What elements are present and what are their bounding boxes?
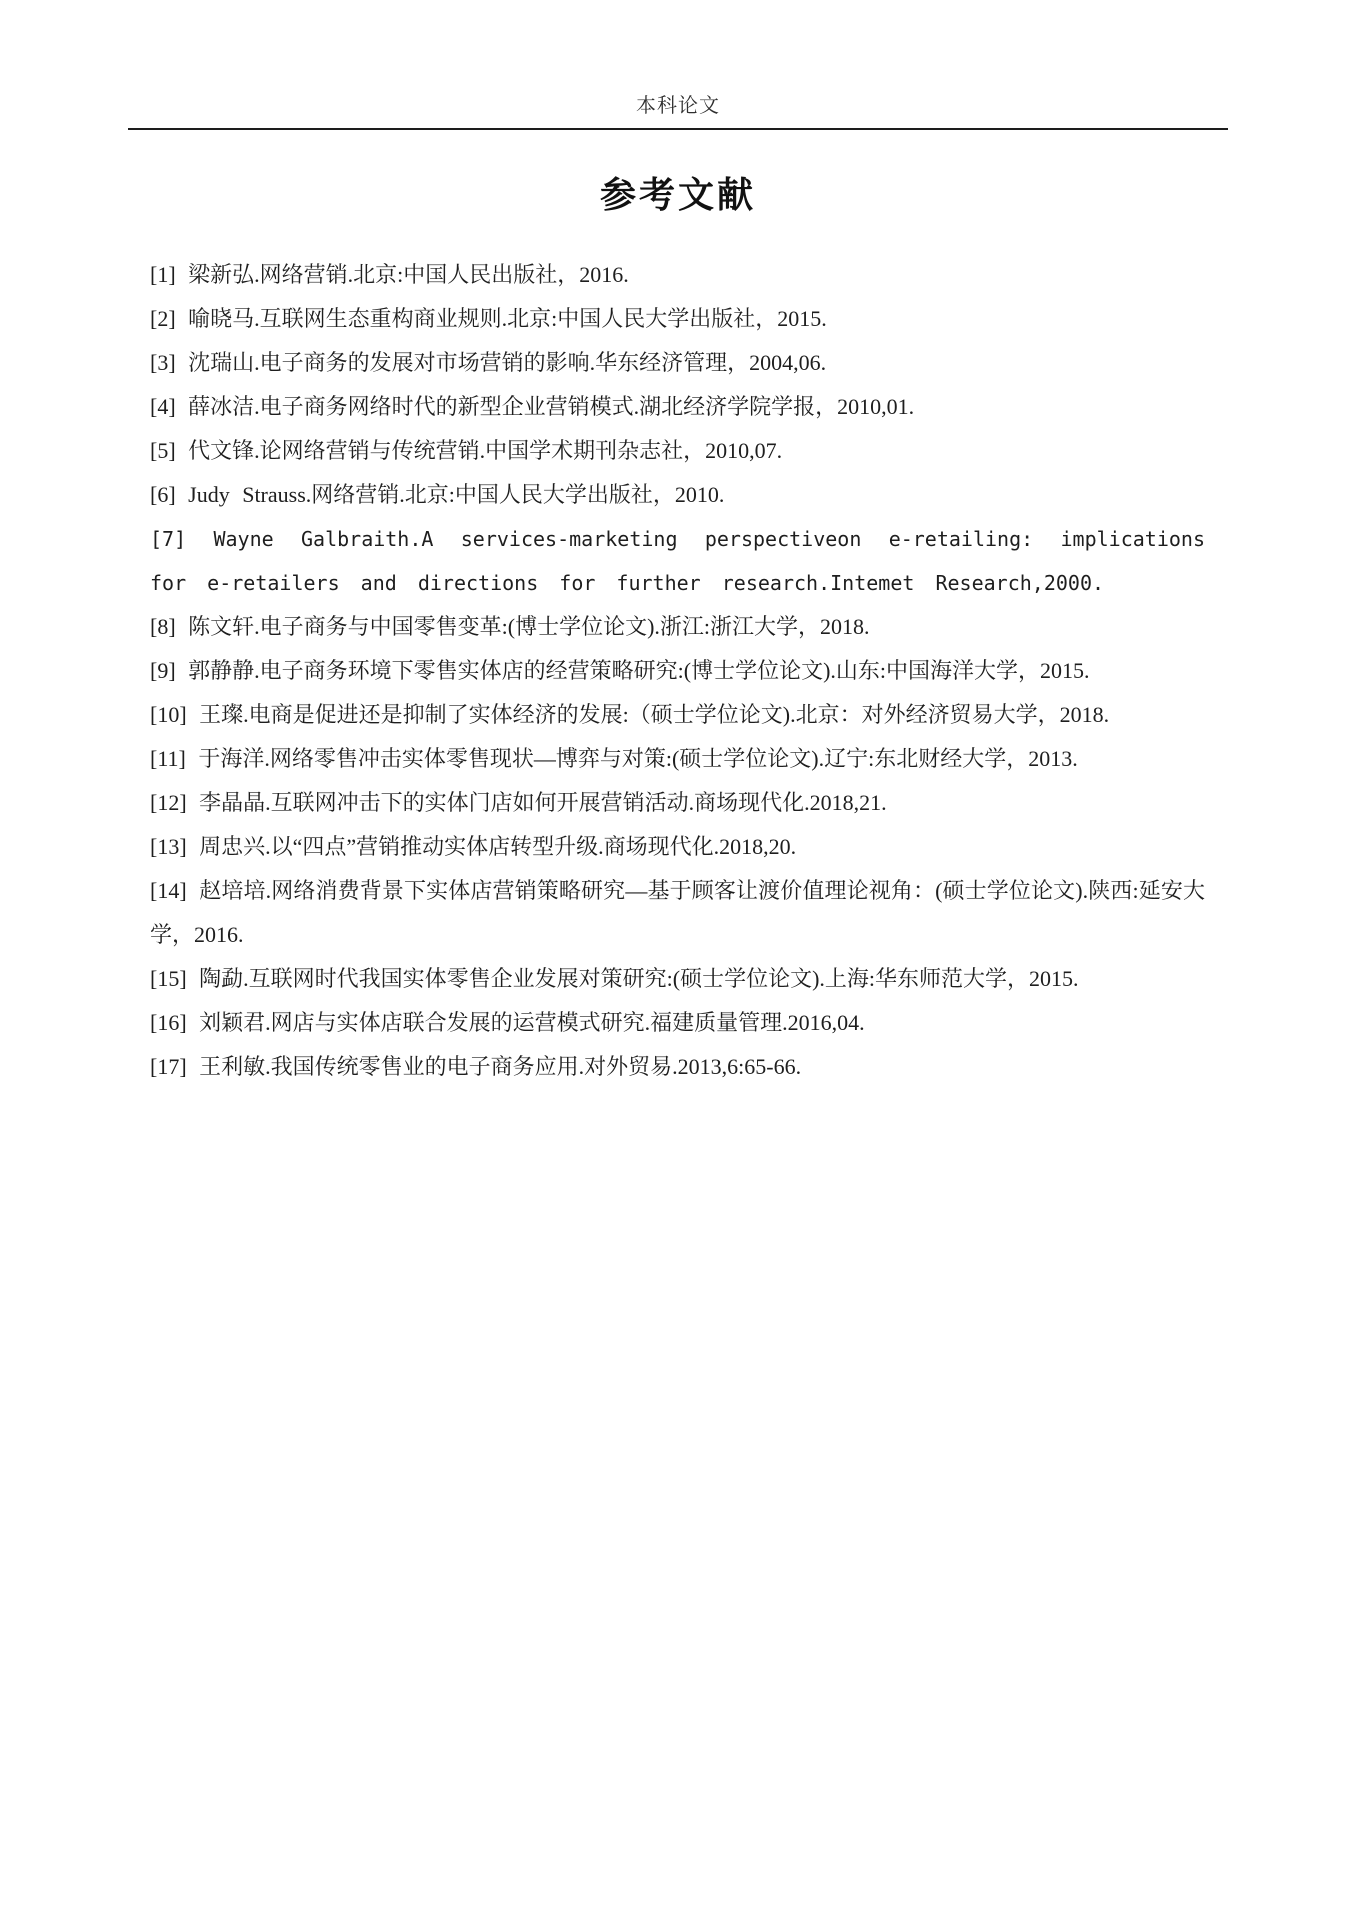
reference-item: [16] 刘颖君.网店与实体店联合发展的运营模式研究.福建质量管理.2016,0… — [150, 1001, 1205, 1045]
reference-item: [13] 周忠兴.以“四点”营销推动实体店转型升级.商场现代化.2018,20. — [150, 825, 1205, 869]
page-title: 参考文献 — [0, 176, 1356, 214]
reference-item: [10] 王璨.电商是促进还是抑制了实体经济的发展:（硕士学位论文).北京：对外… — [150, 693, 1205, 737]
reference-item: [9] 郭静静.电子商务环境下零售实体店的经营策略研究:(博士学位论文).山东:… — [150, 649, 1205, 693]
reference-item: [7] Wayne Galbraith.A services-marketing… — [150, 517, 1205, 605]
header-divider — [128, 128, 1228, 130]
reference-item: [14] 赵培培.网络消费背景下实体店营销策略研究—基于顾客让渡价值理论视角：(… — [150, 869, 1205, 957]
header-text: 本科论文 — [636, 95, 720, 117]
reference-item: [1] 梁新弘.网络营销.北京:中国人民出版社，2016. — [150, 253, 1205, 297]
reference-item: [2] 喻晓马.互联网生态重构商业规则.北京:中国人民大学出版社，2015. — [150, 297, 1205, 341]
document-page: 本科论文 参考文献 [1] 梁新弘.网络营销.北京:中国人民出版社，2016. … — [0, 0, 1356, 1920]
reference-item: [17] 王利敏.我国传统零售业的电子商务应用.对外贸易.2013,6:65-6… — [150, 1045, 1205, 1089]
reference-item: [11] 于海洋.网络零售冲击实体零售现状—博弈与对策:(硕士学位论文).辽宁:… — [150, 737, 1205, 781]
reference-item: [15] 陶勐.互联网时代我国实体零售企业发展对策研究:(硕士学位论文).上海:… — [150, 957, 1205, 1001]
reference-item: [5] 代文锋.论网络营销与传统营销.中国学术期刊杂志社，2010,07. — [150, 429, 1205, 473]
reference-item: [8] 陈文轩.电子商务与中国零售变革:(博士学位论文).浙江:浙江大学，201… — [150, 605, 1205, 649]
reference-item: [12] 李晶晶.互联网冲击下的实体门店如何开展营销活动.商场现代化.2018,… — [150, 781, 1205, 825]
reference-item: [6] Judy Strauss.网络营销.北京:中国人民大学出版社，2010. — [150, 473, 1205, 517]
references-list: [1] 梁新弘.网络营销.北京:中国人民出版社，2016. [2] 喻晓马.互联… — [150, 253, 1205, 1089]
reference-item: [4] 薛冰洁.电子商务网络时代的新型企业营销模式.湖北经济学院学报，2010,… — [150, 385, 1205, 429]
reference-item: [3] 沈瑞山.电子商务的发展对市场营销的影响.华东经济管理，2004,06. — [150, 341, 1205, 385]
page-header: 本科论文 — [0, 0, 1356, 116]
